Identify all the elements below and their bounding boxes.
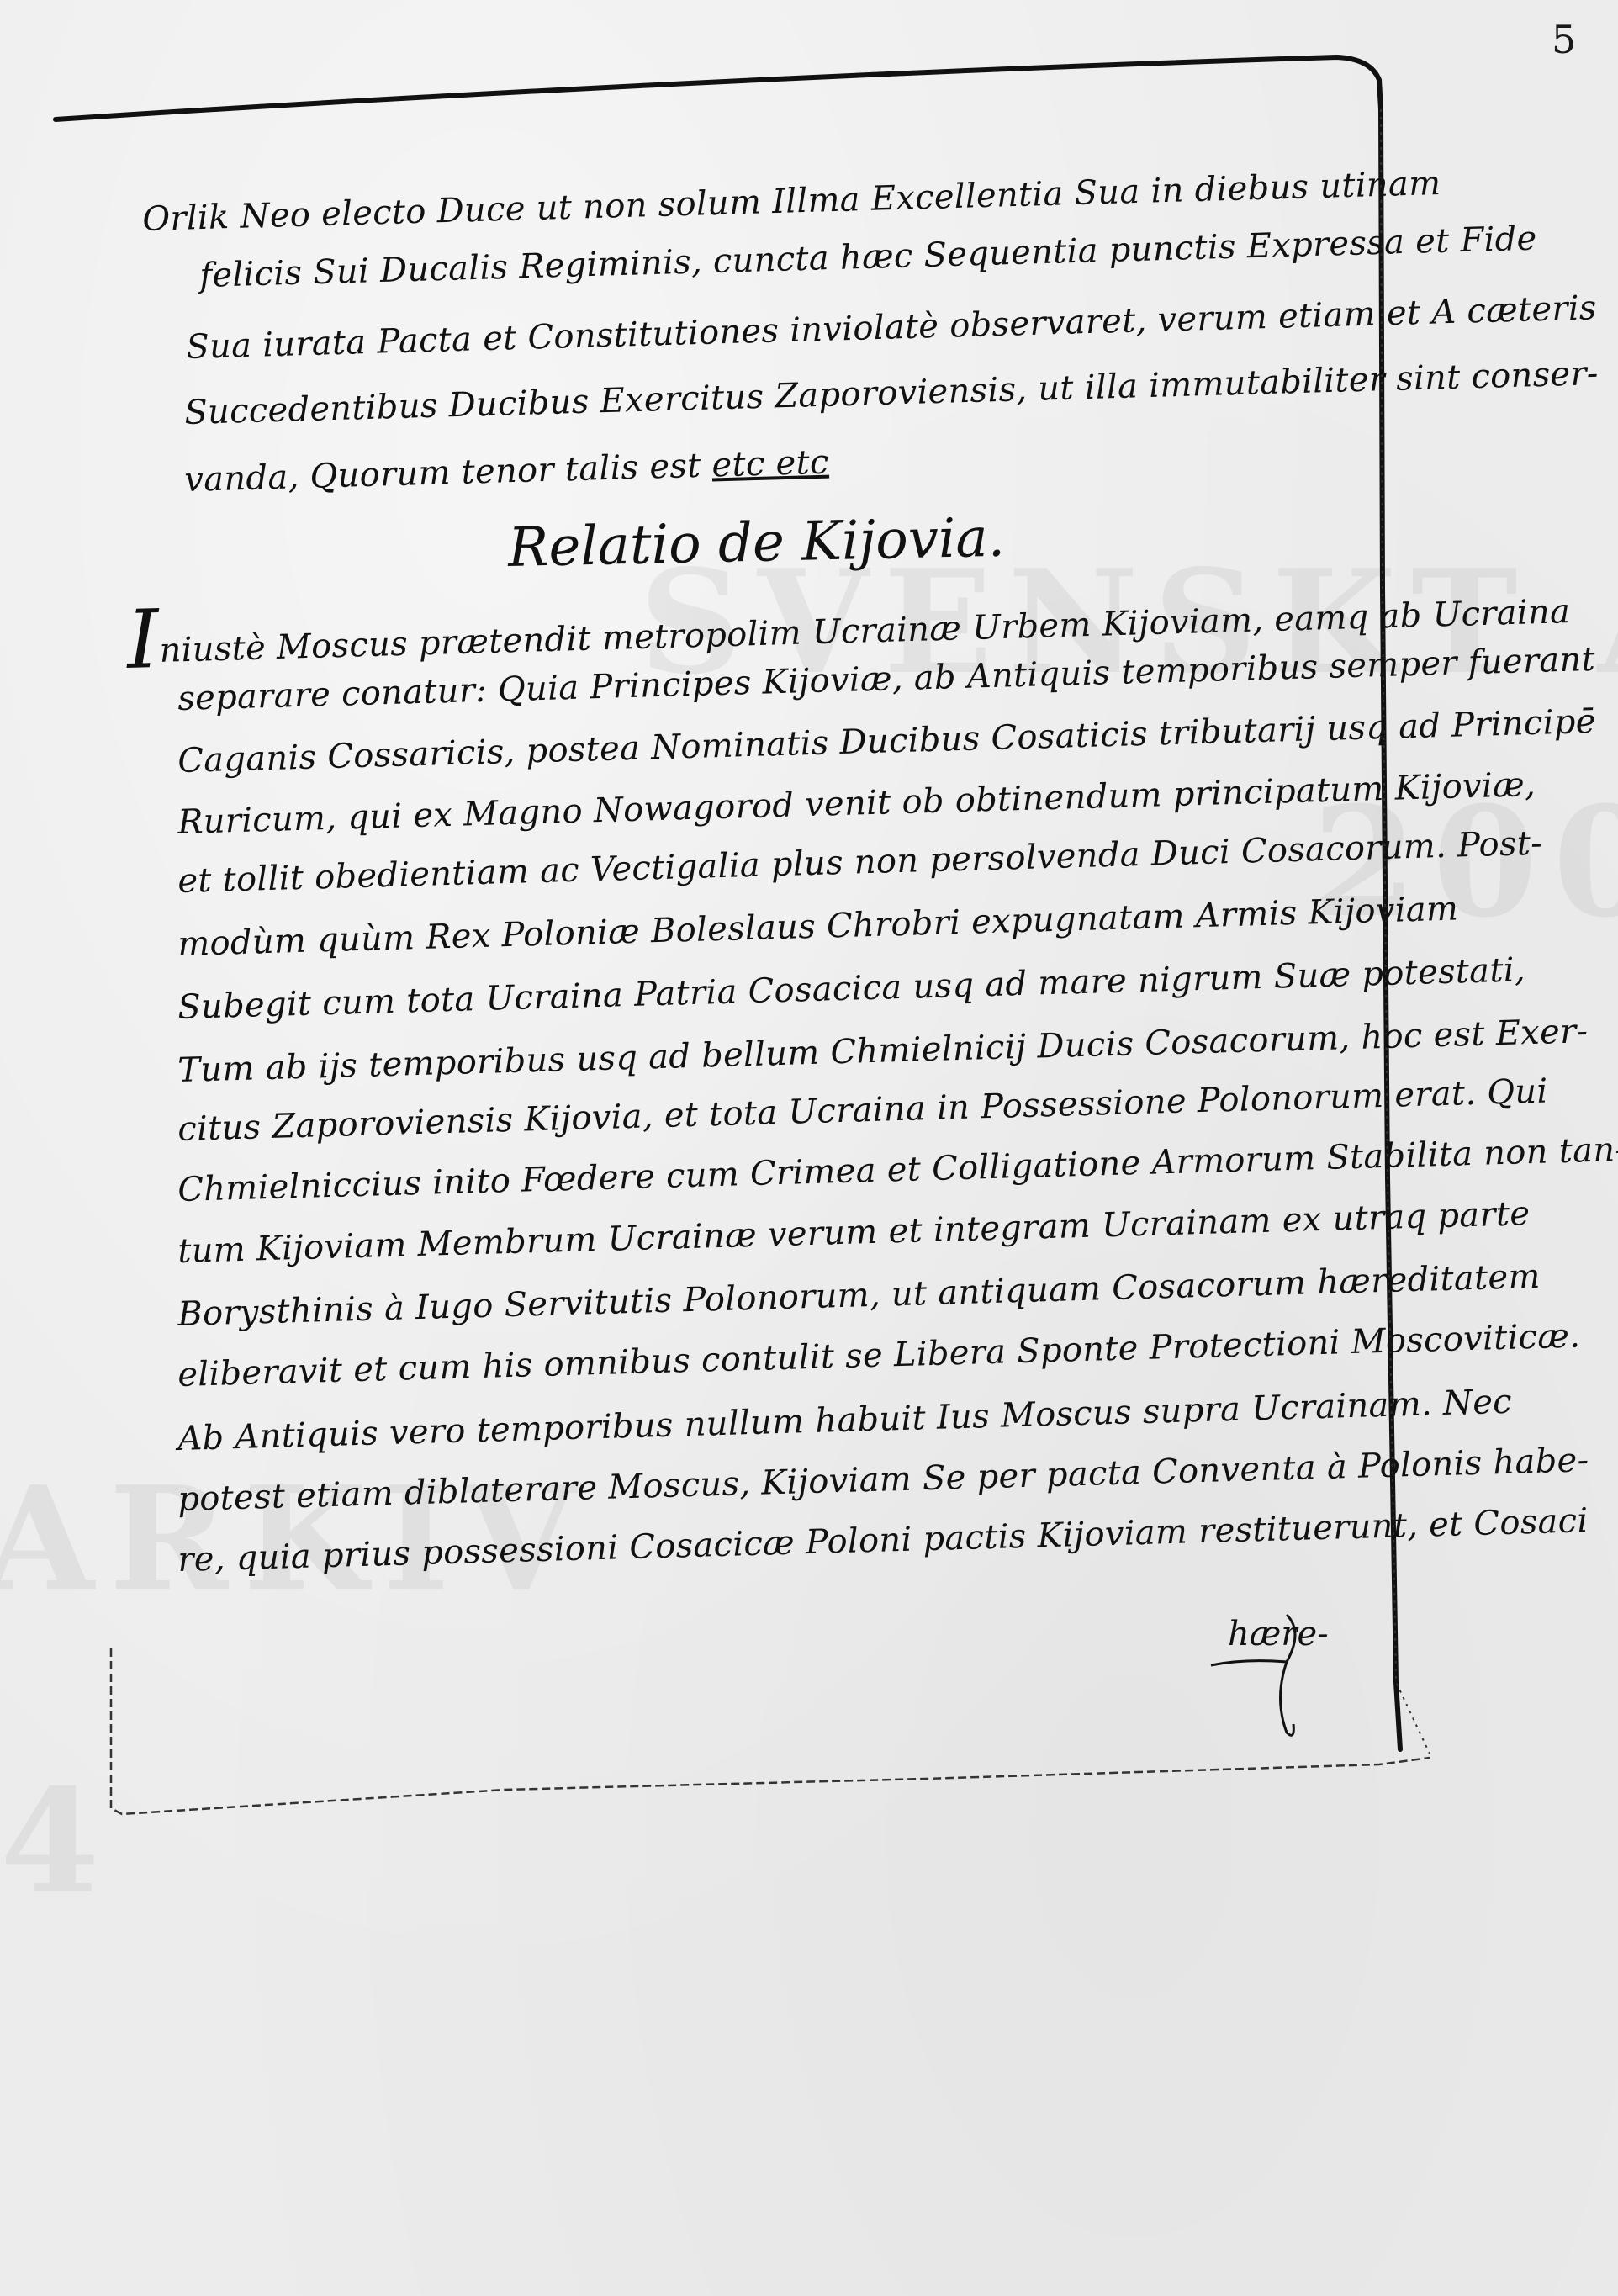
- etc-abbreviation: etc etc: [711, 443, 829, 485]
- section-title: Relatio de Kijovia.: [507, 507, 1005, 579]
- drop-capital: I: [125, 592, 160, 687]
- flourish-ornament: [1194, 1598, 1312, 1749]
- manuscript-page: SVENSKT A 2004 ARKIV 4 5 Orlik Neo elect…: [0, 0, 1618, 2296]
